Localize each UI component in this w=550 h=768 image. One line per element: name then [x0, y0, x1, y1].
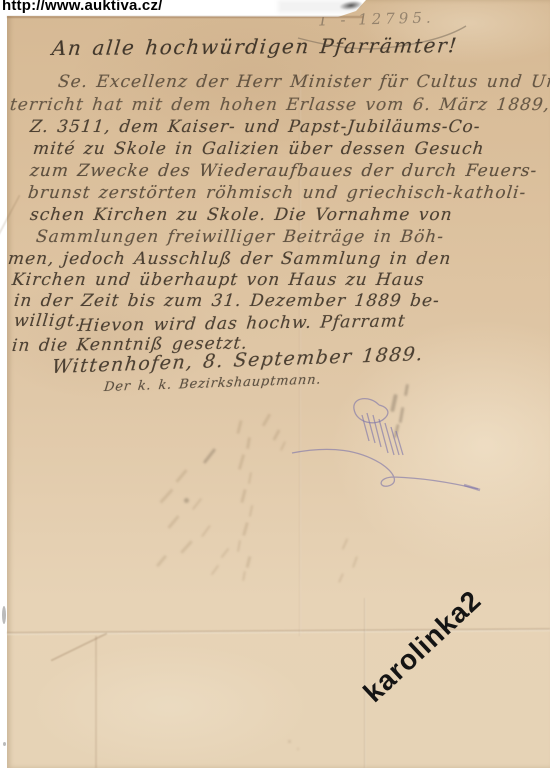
fold-crease-vertical-left [95, 636, 97, 768]
letter-title: An alle hochwürdigen Pfarrämter! [51, 33, 459, 60]
letter-line-10: Kirchen und überhaupt von Haus zu Haus [11, 270, 426, 290]
scanned-letter-image: 1 - 12795. An alle hochwürdigen Pfarrämt… [0, 0, 550, 768]
letter-line-11: in der Zeit bis zum 31. Dezember 1889 be… [13, 291, 441, 311]
letter-line-8: Sammlungen freiwilliger Beiträge in Böh- [35, 227, 445, 247]
letter-line-2: terricht hat mit dem hohen Erlasse vom 6… [9, 95, 550, 115]
letter-line-5: zum Zwecke des Wiederaufbaues der durch … [29, 161, 538, 181]
letter-line-4: mité zu Skole in Galizien über dessen Ge… [32, 139, 486, 159]
paper-top-edge [7, 16, 363, 19]
letter-line-3: Z. 3511, dem Kaiser- und Papst-Jubiläums… [29, 117, 482, 137]
letter-line-7: schen Kirchen zu Skole. Die Vornahme von [29, 205, 454, 225]
scanner-speck [2, 606, 6, 624]
letter-line-9: men, jedoch Ausschluß der Sammlung in de… [7, 249, 452, 269]
signature-flourish [278, 393, 493, 503]
scanner-speck [3, 742, 6, 746]
letter-line-12: willigt. [13, 311, 83, 331]
auction-site-url: http://www.auktiva.cz/ [2, 0, 163, 14]
letter-line-1: Se. Excellenz der Herr Minister für Cult… [57, 72, 550, 92]
letter-line-6: brunst zerstörten röhmisch und griechisc… [27, 183, 527, 203]
